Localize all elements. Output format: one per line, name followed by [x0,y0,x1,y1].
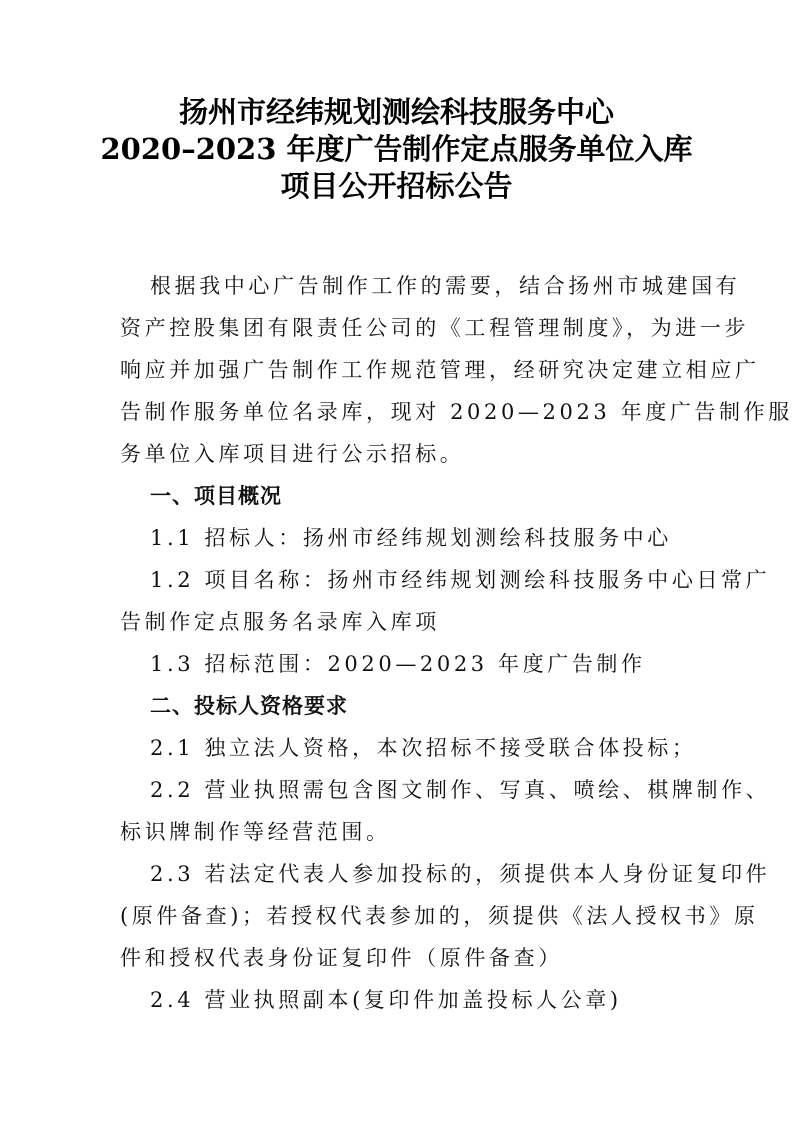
intro-paragraph: 根据我中心广告制作工作的需要，结合扬州市城建国有 资产控股集团有限责任公司的《工… [120,265,665,475]
document-page: 扬州市经纬规划测绘科技服务中心 2020–2023 年度广告制作定点服务单位入库… [0,0,793,1122]
section-heading-project-overview: 一、项目概况 [120,475,665,517]
item-2-3-cont: (原件备查)；若授权代表参加的，须提供《法人授权书》原 [120,895,665,937]
item-2-1: 2.1 独立法人资格，本次招标不接受联合体投标； [120,727,665,769]
document-title: 扬州市经纬规划测绘科技服务中心 2020–2023 年度广告制作定点服务单位入库… [0,94,793,205]
intro-line: 务单位入库项目进行公示招标。 [120,433,665,475]
title-line-2: 2020–2023 年度广告制作定点服务单位入库 [0,131,793,168]
item-1-3-scope: 1.3 招标范围：2020—2023 年度广告制作 [120,643,665,685]
intro-line: 根据我中心广告制作工作的需要，结合扬州市城建国有 [120,265,665,307]
item-1-2-project-name-cont: 告制作定点服务名录库入库项 [120,601,665,643]
section-heading-qualifications: 二、投标人资格要求 [120,685,665,727]
item-2-2-cont: 标识牌制作等经营范围。 [120,811,665,853]
intro-line: 告制作服务单位名录库，现对 2020—2023 年度广告制作服 [120,391,665,433]
item-2-3-cont: 件和授权代表身份证复印件（原件备查） [120,937,665,979]
title-line-3: 项目公开招标公告 [0,168,793,205]
intro-line: 响应并加强广告制作工作规范管理，经研究决定建立相应广 [120,349,665,391]
item-2-4: 2.4 营业执照副本(复印件加盖投标人公章) [120,979,665,1021]
item-2-3: 2.3 若法定代表人参加投标的，须提供本人身份证复印件 [120,853,665,895]
title-line-1: 扬州市经纬规划测绘科技服务中心 [0,94,793,131]
intro-line: 资产控股集团有限责任公司的《工程管理制度》，为进一步 [120,307,665,349]
item-1-2-project-name: 1.2 项目名称：扬州市经纬规划测绘科技服务中心日常广 [120,559,665,601]
item-1-1-tenderer: 1.1 招标人：扬州市经纬规划测绘科技服务中心 [120,517,665,559]
document-body: 根据我中心广告制作工作的需要，结合扬州市城建国有 资产控股集团有限责任公司的《工… [120,265,665,1021]
item-2-2: 2.2 营业执照需包含图文制作、写真、喷绘、棋牌制作、 [120,769,665,811]
